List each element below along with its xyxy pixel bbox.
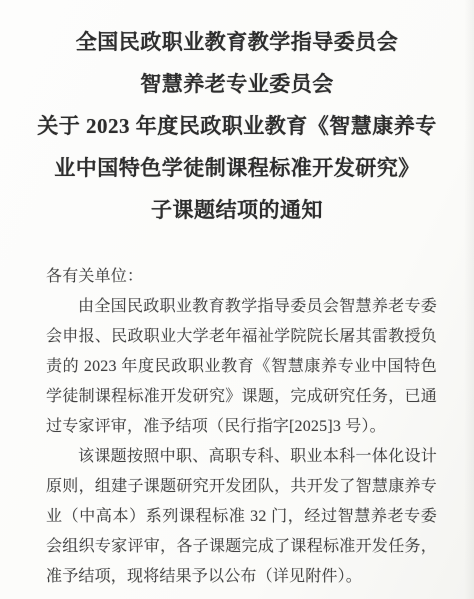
- document-title: 全国民政职业教育教学指导委员会 智慧养老专业委员会 关于 2023 年度民政职业…: [0, 0, 474, 231]
- paragraph-results: 该课题按照中职、高职专科、职业本科一体化设计原则，组建子课题研究开发团队，共开发…: [46, 442, 437, 592]
- paragraph-approval: 由全国民政职业教育教学指导委员会智慧养老专委会申报、民政职业大学老年福祉学院院长…: [46, 292, 437, 442]
- org-title-line-1: 全国民政职业教育教学指导委员会: [0, 21, 474, 63]
- org-title-line-2: 智慧养老专业委员会: [0, 63, 474, 105]
- notice-document-page: 全国民政职业教育教学指导委员会 智慧养老专业委员会 关于 2023 年度民政职业…: [0, 0, 474, 599]
- document-body: 各有关单位： 由全国民政职业教育教学指导委员会智慧养老专委会申报、民政职业大学老…: [46, 262, 437, 592]
- subject-title-line-2: 业中国特色学徒制课程标准开发研究》: [0, 147, 474, 189]
- subject-title-line-3: 子课题结项的通知: [0, 189, 474, 231]
- subject-title-line-1: 关于 2023 年度民政职业教育《智慧康养专: [0, 105, 474, 147]
- salutation: 各有关单位：: [46, 262, 437, 292]
